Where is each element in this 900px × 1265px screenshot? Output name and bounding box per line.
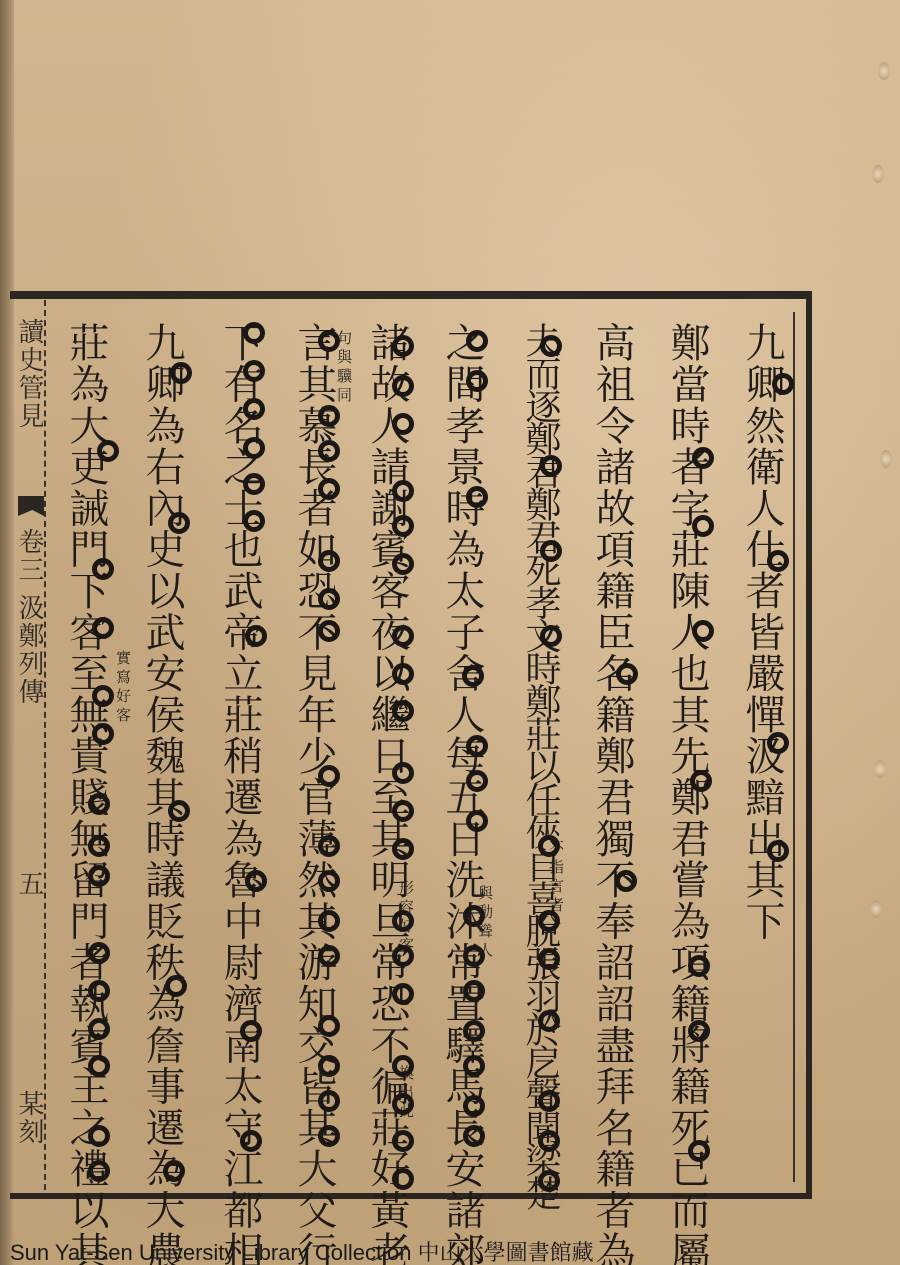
punctuation-circle (88, 980, 110, 1002)
punctuation-circle (772, 373, 794, 395)
worm-hole (870, 900, 882, 918)
punctuation-circle (318, 588, 340, 610)
punctuation-circle (243, 510, 265, 532)
punctuation-circle (466, 770, 488, 792)
punctuation-circle (318, 870, 340, 892)
punctuation-circle (466, 370, 488, 392)
punctuation-circle (392, 700, 414, 722)
punctuation-circle (767, 840, 789, 862)
punctuation-circle (392, 945, 414, 967)
punctuation-circle (318, 835, 340, 857)
book-page: 讀史管見 卷三 汲鄭列傳 五 某刻 九卿然衛人仕者皆嚴憚汲黯出其下 鄭當時者字莊… (0, 0, 900, 1265)
punctuation-circle (88, 942, 110, 964)
annotation: 實寫好客 (115, 650, 131, 726)
punctuation-circle (318, 478, 340, 500)
punctuation-circle (318, 440, 340, 462)
punctuation-circle (88, 793, 110, 815)
punctuation-circle (538, 1170, 560, 1192)
text-column-9: 九卿為右內史以武安侯魏其時議貶秩為詹事遷為大農令 (140, 322, 184, 1192)
punctuation-circle (88, 1160, 110, 1182)
text-column-1: 九卿然衛人仕者皆嚴憚汲黯出其下 (740, 322, 784, 1192)
punctuation-circle (688, 955, 710, 977)
punctuation-circle (170, 362, 192, 384)
punctuation-circle (540, 455, 562, 477)
punctuation-circle (392, 1130, 414, 1152)
punctuation-circle (466, 330, 488, 352)
punctuation-circle (466, 735, 488, 757)
punctuation-circle (392, 983, 414, 1005)
punctuation-circle (243, 473, 265, 495)
punctuation-circle (615, 870, 637, 892)
punctuation-circle (392, 800, 414, 822)
punctuation-circle (392, 910, 414, 932)
banxin-book-title: 讀史管見 (14, 318, 44, 430)
punctuation-circle (318, 765, 340, 787)
punctuation-circle (318, 405, 340, 427)
library-collection-caption: Sun Yat-Sen University Library Collectio… (10, 1236, 594, 1265)
punctuation-circle (616, 663, 638, 685)
punctuation-circle (690, 770, 712, 792)
banxin-page-number: 五 (14, 870, 44, 898)
worm-hole (874, 760, 886, 778)
punctuation-circle (688, 1140, 710, 1162)
punctuation-circle (392, 553, 414, 575)
punctuation-circle (318, 1055, 340, 1077)
punctuation-circle (88, 1125, 110, 1147)
punctuation-circle (540, 335, 562, 357)
punctuation-circle (240, 1130, 262, 1152)
punctuation-circle (163, 1160, 185, 1182)
punctuation-circle (463, 945, 485, 967)
punctuation-circle (88, 835, 110, 857)
punctuation-circle (243, 437, 265, 459)
punctuation-circle (88, 865, 110, 887)
banxin-chapter: 卷三 汲鄭列傳 (14, 528, 44, 706)
punctuation-circle (92, 723, 114, 745)
punctuation-circle (463, 1055, 485, 1077)
punctuation-circle (767, 732, 789, 754)
punctuation-circle (392, 515, 414, 537)
punctuation-circle (168, 800, 190, 822)
punctuation-circle (92, 617, 114, 639)
punctuation-circle (392, 413, 414, 435)
punctuation-circle (463, 905, 485, 927)
punctuation-circle (165, 975, 187, 997)
punctuation-circle (463, 1095, 485, 1117)
punctuation-circle (466, 486, 488, 508)
punctuation-circle (392, 663, 414, 685)
punctuation-circle (318, 1125, 340, 1147)
punctuation-circle (538, 1130, 560, 1152)
punctuation-circle (463, 980, 485, 1002)
punctuation-circle (463, 1020, 485, 1042)
punctuation-circle (392, 335, 414, 357)
punctuation-circle (392, 1055, 414, 1077)
inner-border-line (793, 312, 795, 1182)
punctuation-circle (688, 1020, 710, 1042)
banxin-divider (44, 300, 46, 1190)
punctuation-circle (538, 910, 560, 932)
worm-hole (880, 450, 892, 468)
punctuation-circle (692, 515, 714, 537)
punctuation-circle (392, 375, 414, 397)
punctuation-circle (540, 540, 562, 562)
punctuation-circle (92, 685, 114, 707)
punctuation-circle (168, 512, 190, 534)
punctuation-circle (392, 1168, 414, 1190)
text-column-3: 高祖令諸故項籍臣名籍鄭君獨不奉詔詔盡拜名籍者為大 (590, 322, 634, 1192)
punctuation-circle (392, 838, 414, 860)
punctuation-circle (240, 1020, 262, 1042)
worm-hole (872, 165, 884, 183)
punctuation-circle (538, 948, 560, 970)
punctuation-circle (692, 620, 714, 642)
punctuation-circle (88, 1018, 110, 1040)
punctuation-circle (318, 1015, 340, 1037)
punctuation-circle (466, 810, 488, 832)
punctuation-circle (540, 625, 562, 647)
punctuation-circle (692, 447, 714, 469)
punctuation-circle (245, 870, 267, 892)
punctuation-circle (318, 550, 340, 572)
punctuation-circle (318, 620, 340, 642)
punctuation-circle (538, 1090, 560, 1112)
punctuation-circle (462, 665, 484, 687)
punctuation-circle (318, 1090, 340, 1112)
punctuation-circle (538, 1010, 560, 1032)
worm-hole (878, 62, 890, 80)
punctuation-circle (767, 550, 789, 572)
punctuation-circle (243, 360, 265, 382)
punctuation-circle (88, 1055, 110, 1077)
punctuation-circle (392, 762, 414, 784)
punctuation-circle (318, 945, 340, 967)
punctuation-circle (318, 330, 340, 352)
punctuation-circle (243, 322, 265, 344)
punctuation-circle (392, 625, 414, 647)
punctuation-circle (97, 440, 119, 462)
punctuation-circle (392, 1093, 414, 1115)
text-column-4: 夫而逐鄭君鄭君死孝文時鄭莊以任俠自喜脫張羽於戹聲聞梁楚 (516, 322, 560, 1192)
punctuation-circle (463, 1125, 485, 1147)
punctuation-circle (392, 480, 414, 502)
punctuation-circle (318, 910, 340, 932)
punctuation-circle (538, 835, 560, 857)
punctuation-circle (245, 625, 267, 647)
punctuation-circle (92, 558, 114, 580)
banxin-printer-mark: 某刻 (14, 1090, 44, 1146)
punctuation-circle (243, 398, 265, 420)
